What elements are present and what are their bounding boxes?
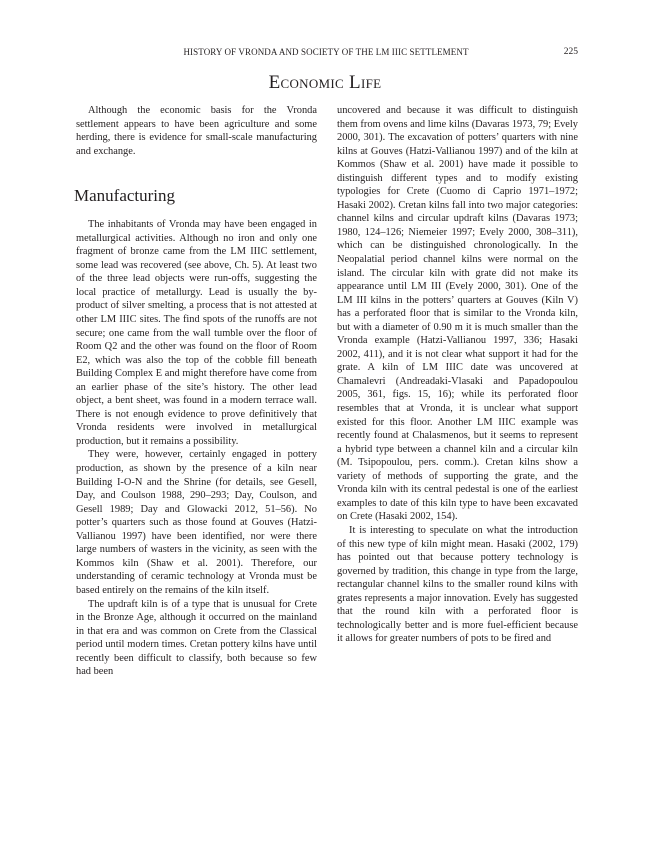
body-paragraph: The inhabitants of Vronda may have been … xyxy=(76,218,317,448)
page-number: 225 xyxy=(564,47,578,57)
running-head: HISTORY OF VRONDA AND SOCIETY OF THE LM … xyxy=(74,47,578,61)
chapter-title: Economic Life xyxy=(0,72,650,94)
right-column: uncovered and because it was difficult t… xyxy=(337,104,578,646)
section-heading: Manufacturing xyxy=(74,186,317,206)
body-paragraph: The updraft kiln is of a type that is un… xyxy=(76,598,317,679)
body-paragraph: It is interesting to speculate on what t… xyxy=(337,524,578,646)
body-paragraph-continued: uncovered and because it was difficult t… xyxy=(337,104,578,524)
body-paragraph: They were, however, certainly engaged in… xyxy=(76,448,317,597)
left-column: Although the economic basis for the Vron… xyxy=(76,104,317,679)
intro-paragraph: Although the economic basis for the Vron… xyxy=(76,104,317,158)
running-title: HISTORY OF VRONDA AND SOCIETY OF THE LM … xyxy=(74,47,578,57)
